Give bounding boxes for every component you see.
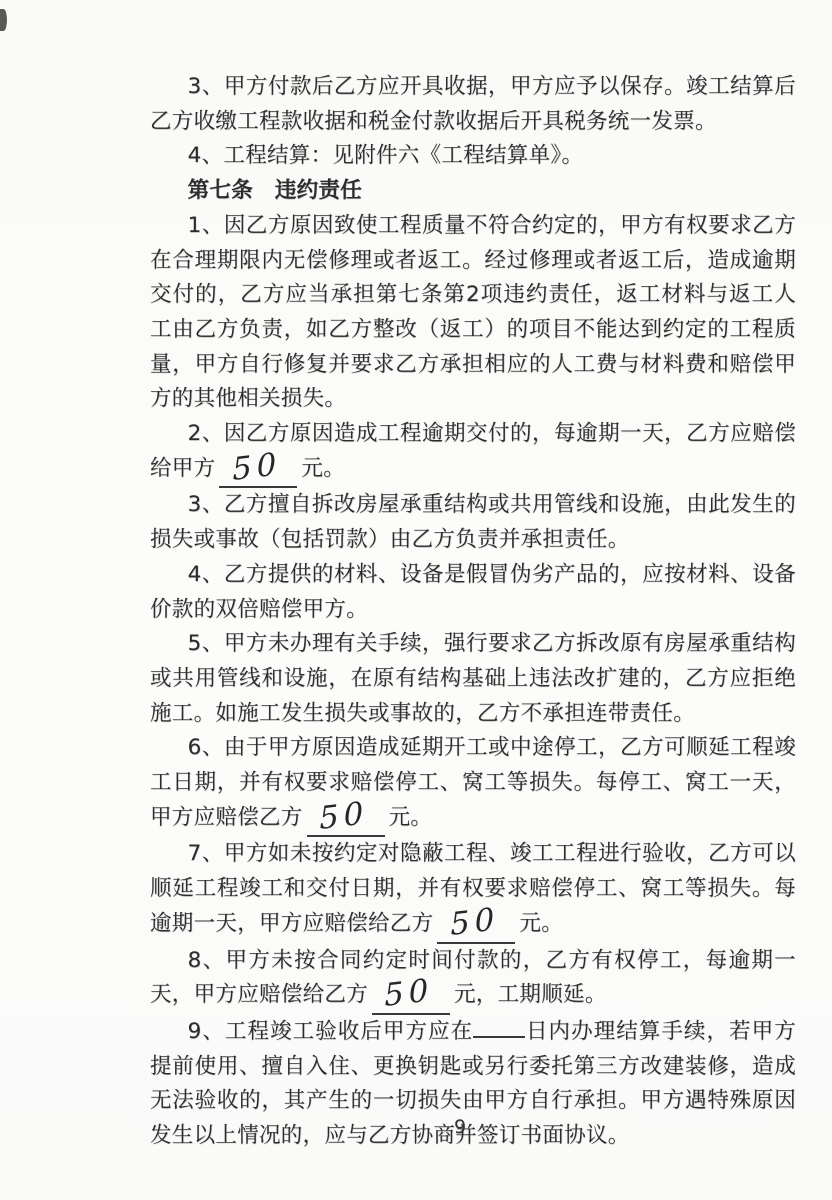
clause-1: 1、因乙方原因致使工程质量不符合约定的，甲方有权要求乙方在合理期限内无偿修理或者… <box>150 209 796 417</box>
clause-7: 7、甲方如未按约定对隐蔽工程、竣工工程进行验收，乙方可以顺延工程竣工和交付日期，… <box>150 837 796 943</box>
contract-page: 3、甲方付款后乙方应开具收据，甲方应予以保存。竣工结算后乙方收缴工程款收据和税金… <box>0 0 832 1200</box>
page-number: 9 <box>150 1116 770 1138</box>
amount-blank-field: 50 <box>219 452 297 489</box>
clause-8: 8、甲方未按合同约定时间付款的，乙方有权停工，每逾期一天，甲方应赔偿给乙方50元… <box>150 944 796 1015</box>
handwritten-amount: 50 <box>319 803 369 829</box>
clause-6-unit: 元。 <box>389 805 433 830</box>
contract-body: 3、甲方付款后乙方应开具收据，甲方应予以保存。竣工结算后乙方收缴工程款收据和税金… <box>150 70 796 1154</box>
clause-4: 4、乙方提供的材料、设备是假冒伪劣产品的，应按材料、设备价款的双倍赔偿甲方。 <box>150 558 796 627</box>
clause-8-unit: 元，工期顺延。 <box>454 982 607 1007</box>
clause-9-text: 9、工程竣工验收后甲方应在 <box>188 1019 474 1044</box>
handwritten-amount: 50 <box>449 909 499 935</box>
clause-3: 3、乙方擅自拆改房屋承重结构或共用管线和设施，由此发生的损失或事故（包括罚款）由… <box>150 488 796 557</box>
clause-payment-3: 3、甲方付款后乙方应开具收据，甲方应予以保存。竣工结算后乙方收缴工程款收据和税金… <box>150 70 796 139</box>
amount-blank-field: 50 <box>372 978 450 1015</box>
clause-2: 2、因乙方原因造成工程逾期交付的，每逾期一天，乙方应赔偿给甲方50元。 <box>150 417 796 488</box>
clause-5: 5、甲方未办理有关手续，强行要求乙方拆改原有房屋承重结构或共用管线和设施，在原有… <box>150 627 796 731</box>
clause-7-unit: 元。 <box>519 911 563 936</box>
clause-2-unit: 元。 <box>301 456 345 481</box>
clause-6-text: 6、由于甲方原因造成延期开工或中途停工，乙方可顺延工程竣工日期，并有权要求赔偿停… <box>150 735 796 829</box>
clause-payment-4: 4、工程结算：见附件六《工程结算单》。 <box>150 139 796 174</box>
article-7-heading: 第七条 违约责任 <box>150 174 796 209</box>
scan-edge-artifact <box>0 9 7 31</box>
handwritten-amount: 50 <box>384 980 434 1006</box>
amount-blank-field: 50 <box>437 907 515 944</box>
clause-6: 6、由于甲方原因造成延期开工或中途停工，乙方可顺延工程竣工日期，并有权要求赔偿停… <box>150 731 796 837</box>
days-blank-field <box>473 1036 525 1038</box>
handwritten-amount: 50 <box>231 454 281 480</box>
amount-blank-field: 50 <box>307 801 385 838</box>
